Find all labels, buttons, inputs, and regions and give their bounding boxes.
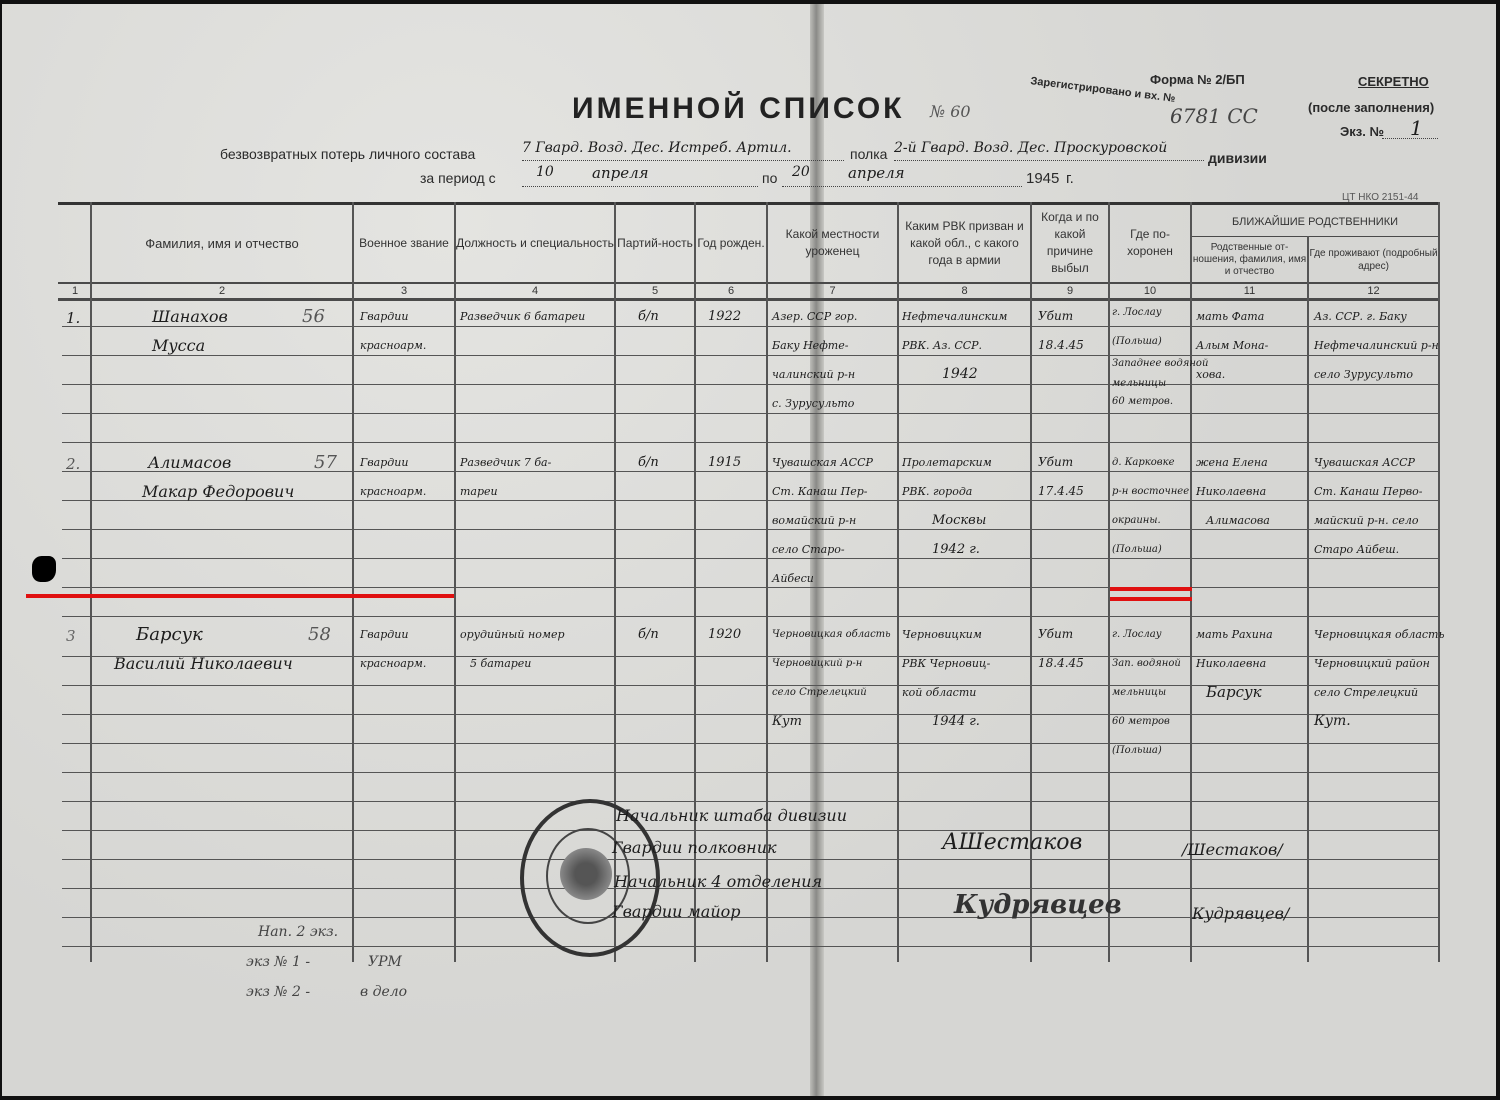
col-num: 5 — [616, 285, 694, 297]
division-name: 2-й Гвард. Возд. Дес. Проскуровской — [894, 140, 1167, 156]
signatory-name-1: /Шестаков/ — [1182, 840, 1283, 859]
col-num: 9 — [1032, 285, 1108, 297]
row-seq: 58 — [308, 620, 331, 649]
birth-year: 1922 — [708, 302, 741, 331]
registration-number: 6781 СС — [1170, 104, 1258, 128]
signature-kudryavtsev: Кудрявцев — [954, 890, 1122, 920]
year-suffix: г. — [1066, 170, 1074, 187]
red-underline-name — [26, 594, 454, 598]
col-header-rvk: Каким РВК призван и какой обл., с какого… — [899, 208, 1030, 278]
col-header-party: Партий-ность — [616, 208, 694, 278]
secret-label: СЕКРЕТНО — [1358, 74, 1429, 89]
period-from-month: апреля — [592, 164, 649, 182]
signature-line-1: Начальник штаба дивизии — [616, 806, 847, 825]
rvk: ПролетарскимРВК. городаМосквы1942 г. — [902, 448, 992, 564]
col-num: 10 — [1110, 285, 1190, 297]
col-header-relatives-group: БЛИЖАЙШИЕ РОДСТВЕННИКИ — [1192, 208, 1438, 236]
period-to-month: апреля — [848, 164, 905, 182]
birthplace: Черновицкая областьЧерновицкий р-нсело С… — [772, 620, 891, 736]
soldier-name: ШанаховМусса — [152, 302, 228, 360]
period-from-day: 10 — [536, 164, 554, 180]
col-header-born: Год рожден. — [696, 208, 766, 278]
birth-year: 1915 — [708, 448, 741, 477]
rvk: ЧерновицкимРВК Черновиц-кой области1944 … — [902, 620, 990, 736]
col-num: 7 — [768, 285, 897, 297]
document-title: ИМЕННОЙ СПИСОК — [572, 92, 904, 126]
col-num: 3 — [354, 285, 454, 297]
period-label: за период с — [420, 170, 496, 186]
note-copies: Нап. 2 экз. — [258, 924, 338, 940]
burial-place: г. ЛослауЗап. водяноймельницы60 метров(П… — [1112, 620, 1181, 765]
signature-shestakov: АШестаков — [942, 830, 1082, 855]
relative-address: Черновицкая областьЧерновицкий районсело… — [1314, 620, 1444, 736]
copy-number: 1 — [1410, 116, 1423, 140]
red-underline-burial-2 — [1110, 597, 1192, 601]
when-left: Убит17.4.45 — [1038, 448, 1084, 506]
position: Разведчик 6 батареи — [460, 302, 585, 331]
position: Разведчик 7 ба-тареи — [460, 448, 551, 506]
birth-year: 1920 — [708, 620, 741, 649]
regiment-label: полка — [850, 146, 887, 162]
rvk: НефтечалинскимРВК. Аз. ССР.1942 — [902, 302, 1007, 389]
when-left: Убит18.4.45 — [1038, 620, 1084, 678]
document-page: ИМЕННОЙ СПИСОК № 60 Форма № 2/БП Зарегис… — [2, 4, 1496, 1096]
note-copy-2-dest: в дело — [360, 984, 407, 1000]
note-copy-1-dest: УРМ — [368, 954, 402, 970]
col-header-name: Фамилия, имя и отчество — [92, 208, 352, 278]
relative: жена ЕленаНиколаевнаАлимасова — [1196, 448, 1270, 535]
party: б/п — [638, 448, 659, 477]
col-header-position: Должность и специальность — [456, 208, 614, 278]
row-seq: 57 — [314, 448, 337, 477]
col-header-buried: Где по-хоронен — [1110, 208, 1190, 278]
copy-label: Экз. № — [1340, 124, 1384, 139]
unit-name: 7 Гвард. Возд. Дес. Истреб. Артил. — [522, 140, 792, 156]
burial-place: г. Лослау(Польша)Западнее водяноймельниц… — [1112, 302, 1208, 420]
soldier-name: БарсукВасилий Николаевич — [114, 620, 293, 678]
form-number: Форма № 2/БП — [1150, 72, 1245, 87]
col-num: 1 — [60, 285, 90, 297]
relative: мать ФатаАлым Мона-хова. — [1196, 302, 1268, 389]
party: б/п — [638, 620, 659, 649]
paper-hole — [32, 556, 56, 582]
position: орудийный номер5 батареи — [460, 620, 565, 678]
when-left: Убит18.4.45 — [1038, 302, 1084, 360]
relative-address: Чувашская АССРСт. Канаш Перво-майский р-… — [1314, 448, 1423, 564]
losses-label: безвозвратных потерь личного состава — [220, 146, 475, 162]
relative-address: Аз. ССР. г. БакуНефтечалинский р-нсело З… — [1314, 302, 1439, 389]
after-filling-label: (после заполнения) — [1308, 100, 1434, 115]
col-header-when: Когда и по какой причине выбыл — [1032, 208, 1108, 278]
note-copy-1: экз № 1 - — [246, 954, 310, 970]
period-year: 1945 — [1026, 170, 1059, 187]
soldier-name: АлимасовМакар Федорович — [142, 448, 294, 506]
division-label: дивизии — [1208, 150, 1267, 166]
col-num: 11 — [1192, 285, 1307, 297]
col-header-address: Где проживают (подробный адрес) — [1309, 240, 1438, 280]
row-number: 1. — [66, 304, 80, 333]
row-seq: 56 — [302, 302, 325, 331]
list-number: № 60 — [930, 102, 971, 121]
col-num: 2 — [92, 285, 352, 297]
signature-rank-1: Гвардии полковник — [612, 838, 777, 857]
note-copy-2: экз № 2 - — [246, 984, 310, 1000]
birthplace: Азер. ССР гор.Баку Нефте-чалинский р-нс.… — [772, 302, 857, 418]
col-header-birthplace: Какой местности уроженец — [768, 208, 897, 278]
relative: мать РахинаНиколаевнаБарсук — [1196, 620, 1273, 707]
signatory-name-2: Кудрявцев/ — [1192, 904, 1289, 923]
rank: Гвардиикрасноарм. — [360, 620, 426, 678]
party: б/п — [638, 302, 659, 331]
row-number: 2. — [66, 450, 80, 479]
birthplace: Чувашская АССРСт. Канаш Пер-вомайский р-… — [772, 448, 873, 593]
coat-of-arms-icon — [560, 848, 612, 900]
red-underline-burial-1 — [1110, 587, 1192, 591]
row-number: 3 — [66, 622, 76, 651]
rank: Гвардиикрасноарм. — [360, 302, 426, 360]
col-num: 8 — [899, 285, 1030, 297]
col-header-rank: Военное звание — [354, 208, 454, 278]
col-num: 6 — [696, 285, 766, 297]
period-to-day: 20 — [792, 164, 810, 180]
signature-line-3: Начальник 4 отделения — [614, 872, 822, 891]
period-to-label: по — [762, 170, 777, 186]
col-num: 4 — [456, 285, 614, 297]
signature-rank-2: Гвардии майор — [612, 902, 741, 921]
col-num: 12 — [1309, 285, 1438, 297]
burial-place: д. Карковкер-н восточнееокраины.(Польша) — [1112, 448, 1189, 564]
rank: Гвардиикрасноарм. — [360, 448, 426, 506]
col-header-relative: Родственные от-ношения, фамилия, имя и о… — [1192, 240, 1307, 280]
